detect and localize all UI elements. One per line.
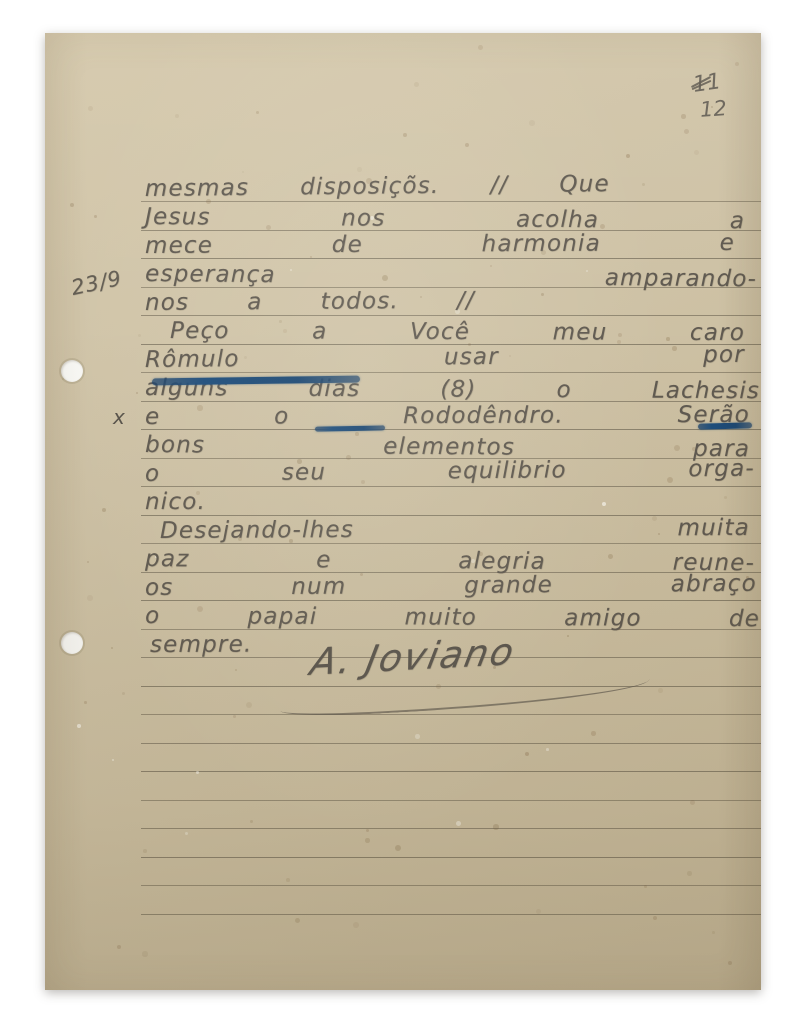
foxing-spot <box>87 595 93 601</box>
ruled-line <box>141 714 761 715</box>
foxing-spot <box>541 293 544 296</box>
foxing-spot <box>658 688 663 693</box>
foxing-spot <box>175 114 179 118</box>
handwriting-word: de <box>729 605 760 633</box>
foxing-spot <box>681 114 686 119</box>
page-number: 12 <box>699 96 727 122</box>
foxing-spot <box>403 133 407 137</box>
foxing-spot <box>414 82 419 87</box>
handwriting-word: esperança <box>145 260 276 289</box>
foxing-spot <box>724 496 727 499</box>
handwriting-word: nos <box>145 289 189 317</box>
handwriting-word: grande <box>464 571 553 600</box>
foxing-spot <box>94 215 97 218</box>
handwriting-word: Que <box>559 170 610 199</box>
foxing-spot <box>138 334 141 337</box>
foxing-spot <box>690 800 695 805</box>
handwriting-line: mecedeharmoniae <box>145 229 735 260</box>
handwriting-word: a <box>247 288 262 316</box>
foxing-spot <box>70 203 74 207</box>
foxing-spot <box>653 916 657 920</box>
handwriting-word: todos. <box>321 287 399 316</box>
paper-speck <box>546 748 549 751</box>
foxing-spot <box>87 561 89 563</box>
handwriting-word: Você <box>410 318 470 346</box>
ruled-line <box>141 800 761 801</box>
handwriting-word: amparando- <box>605 264 758 293</box>
handwriting-word: abraço <box>671 570 757 599</box>
foxing-spot <box>465 143 469 147</box>
handwriting-word: dias <box>308 375 360 403</box>
handwriting-word: o <box>274 402 289 430</box>
handwriting-word: e <box>316 546 332 574</box>
foxing-spot <box>694 150 699 155</box>
handwriting-word: nos <box>341 204 385 232</box>
margin-date: 23/9 <box>69 266 124 300</box>
handwriting-word: paz <box>145 545 190 573</box>
foxing-spot <box>684 129 689 134</box>
handwriting-word: os <box>145 574 174 602</box>
foxing-spot <box>136 392 138 394</box>
handwriting-line: sempre. <box>150 630 300 659</box>
foxing-spot <box>235 669 237 671</box>
foxing-spot <box>735 62 739 66</box>
handwriting-word: num <box>291 573 346 601</box>
foxing-spot <box>366 829 369 832</box>
handwriting-word: (8) <box>440 376 476 404</box>
ruled-line <box>141 771 761 772</box>
foxing-spot <box>591 731 596 736</box>
foxing-spot <box>117 945 121 949</box>
paper-speck <box>77 724 81 728</box>
foxing-spot <box>626 154 630 158</box>
foxing-spot <box>250 820 253 823</box>
handwriting-line: Desejando-lhesmuita <box>160 514 750 545</box>
letter-page: 11 12 23/9 x mesmasdisposiçõs.//QueJesus… <box>45 33 761 990</box>
handwriting-word: // <box>457 287 475 315</box>
handwriting-word: disposiçõs. <box>300 172 440 201</box>
handwriting-word: seu <box>282 458 327 486</box>
handwriting-word: Rômulo <box>145 345 240 374</box>
foxing-spot <box>529 120 535 126</box>
handwriting-word: mesmas <box>145 174 250 203</box>
handwriting-word: // <box>490 171 508 199</box>
handwriting-word: e <box>719 229 735 257</box>
foxing-spot <box>256 111 259 114</box>
foxing-spot <box>233 715 236 718</box>
paper-speck <box>112 759 114 761</box>
handwriting-word: harmonia <box>482 230 601 259</box>
punch-hole-bottom <box>61 632 83 654</box>
handwriting-word: Desejando-lhes <box>160 516 354 545</box>
ruled-line <box>141 914 761 915</box>
foxing-spot <box>365 838 370 843</box>
handwriting-word: bons <box>145 431 205 459</box>
foxing-spot <box>295 918 300 923</box>
handwriting-word: Jesus <box>145 203 211 231</box>
margin-cross-mark: x <box>113 405 125 429</box>
handwriting-word: alguns <box>145 374 229 402</box>
foxing-spot <box>687 871 692 876</box>
handwriting-line: oseuequilibrioorga- <box>145 455 755 488</box>
paper-speck <box>415 734 420 739</box>
handwriting-word: a <box>312 317 327 345</box>
handwriting-word: mece <box>145 232 213 260</box>
foxing-spot <box>712 931 715 934</box>
ruled-line <box>141 828 761 829</box>
handwriting-word: por <box>703 341 745 369</box>
handwriting-word: Rododêndro. <box>403 402 564 431</box>
foxing-spot <box>353 922 359 928</box>
ruled-line <box>141 686 761 687</box>
handwriting-word: equilibrio <box>448 456 567 485</box>
ruled-line <box>141 857 761 858</box>
handwriting-word: o <box>145 602 160 630</box>
scan-background: 11 12 23/9 x mesmasdisposiçõs.//QueJesus… <box>0 0 806 1024</box>
crossed-out-number: 11 <box>691 69 722 98</box>
foxing-spot <box>143 849 147 853</box>
foxing-spot <box>111 647 113 649</box>
foxing-spot <box>728 961 732 965</box>
handwriting-word: Peço <box>170 317 230 345</box>
handwriting-line: mesmasdisposiçõs.//Que <box>145 170 610 203</box>
foxing-spot <box>246 702 252 708</box>
foxing-spot <box>84 701 87 704</box>
handwriting-word: orga- <box>688 455 755 484</box>
foxing-spot <box>357 167 362 172</box>
foxing-spot <box>88 106 93 111</box>
handwriting-word: muito <box>404 603 477 631</box>
handwriting-word: o <box>556 376 571 404</box>
handwriting-line: nosatodos.// <box>145 287 475 317</box>
foxing-spot <box>122 692 125 695</box>
handwriting-word: e <box>145 403 160 431</box>
ruled-line <box>141 743 761 744</box>
handwriting-word: muita <box>677 514 750 542</box>
punch-hole-top <box>61 360 83 382</box>
handwriting-line: eoRododêndro.Serão <box>145 401 750 431</box>
paper-speck <box>185 832 188 835</box>
foxing-spot <box>525 752 529 756</box>
foxing-spot <box>142 951 148 957</box>
ruled-line <box>141 885 761 886</box>
handwriting-word: de <box>332 231 363 259</box>
foxing-spot <box>102 508 106 512</box>
handwriting-word: usar <box>444 343 499 371</box>
paper-speck <box>456 821 461 826</box>
handwriting-line: osnumgrandeabraço <box>145 570 757 602</box>
handwriting-word: Serão <box>677 401 749 429</box>
foxing-spot <box>242 171 244 173</box>
handwriting-line: Rômulousarpor <box>145 341 745 374</box>
paper-speck <box>602 502 606 506</box>
foxing-spot <box>286 878 290 882</box>
handwriting-word: o <box>145 460 161 488</box>
foxing-spot <box>642 183 645 186</box>
foxing-spot <box>395 845 401 851</box>
handwriting-word: papai <box>247 603 317 631</box>
handwriting-line: nico. <box>145 488 295 516</box>
foxing-spot <box>478 45 483 50</box>
